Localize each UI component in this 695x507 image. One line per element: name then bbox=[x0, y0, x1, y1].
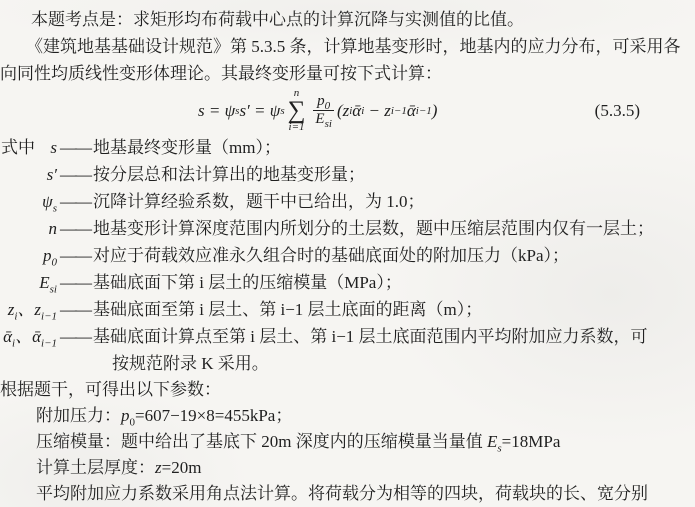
definition-row: zi、zi−1——基础底面至第 i 层土、第 i−1 层土底面的距离（m）； bbox=[0, 296, 687, 323]
definition-row: p0——对应于荷载效应准永久组合时的基础底面处的附加压力（kPa）； bbox=[0, 242, 687, 269]
definition-dash: —— bbox=[57, 188, 93, 215]
settlement-formula: s = ψss′ = ψsn∑i=1p0Esi(ziᾱi − zi−1ᾱi−1) bbox=[198, 88, 437, 133]
definition-dash: —— bbox=[57, 269, 93, 296]
definition-row: ψs——沉降计算经验系数，题干中已给出，为 1.0； bbox=[0, 188, 687, 215]
definition-symbol: ψs bbox=[0, 188, 57, 215]
definition-dash: —— bbox=[57, 242, 93, 269]
definition-row: s′——按分层总和法计算出的地基变形量； bbox=[0, 161, 687, 188]
definition-text: 地基变形计算深度范围内所划分的土层数，题中压缩层范围内仅有一层土； bbox=[93, 215, 687, 242]
code-reference-paragraph: 《建筑地基基础设计规范》第 5.3.5 条，计算地基变形时，地基内的应力分布，可… bbox=[0, 33, 687, 87]
parameter-lines: 附加压力：p0=607−19×8=455kPa；压缩模量：题中给出了基底下 20… bbox=[0, 403, 687, 507]
definition-dash: —— bbox=[57, 134, 93, 161]
parameters-intro: 根据题干，可得出以下参数： bbox=[0, 377, 687, 403]
formula-row: s = ψss′ = ψsn∑i=1p0Esi(ziᾱi − zi−1ᾱi−1)… bbox=[0, 87, 687, 134]
definition-symbol: ᾱi、ᾱi−1 bbox=[0, 323, 57, 377]
definition-text: 对应于荷载效应准永久组合时的基础底面处的附加压力（kPa）； bbox=[93, 242, 687, 269]
definition-symbol: n bbox=[0, 215, 57, 242]
topic-paragraph: 本题考点是：求矩形均布荷载中心点的计算沉降与实测值的比值。 bbox=[0, 6, 687, 33]
fraction: p0Esi bbox=[313, 93, 334, 128]
definitions-intro-label: 式中 bbox=[1, 134, 35, 161]
definition-dash: —— bbox=[57, 161, 93, 188]
parameter-line: 计算土层厚度：z=20m bbox=[36, 455, 687, 481]
definition-dash: —— bbox=[57, 296, 93, 323]
definition-text: 基础底面至第 i 层土、第 i−1 层土底面的距离（m）； bbox=[93, 296, 687, 323]
definition-dash: —— bbox=[57, 215, 93, 242]
definition-text: 基础底面计算点至第 i 层土、第 i−1 层土底面范围内平均附加应力系数，可按规… bbox=[93, 323, 687, 377]
definition-text: 沉降计算经验系数，题干中已给出，为 1.0； bbox=[93, 188, 687, 215]
summation-symbol: n∑i=1 bbox=[288, 88, 306, 133]
equation-number: (5.3.5) bbox=[595, 101, 640, 121]
parameter-line: 压缩模量：题中给出了基底下 20m 深度内的压缩模量当量值 Es=18MPa bbox=[36, 429, 687, 455]
definition-row: n——地基变形计算深度范围内所划分的土层数，题中压缩层范围内仅有一层土； bbox=[0, 215, 687, 242]
definition-text: 基础底面下第 i 层土的压缩模量（MPa）； bbox=[93, 269, 687, 296]
definition-dash: —— bbox=[57, 323, 93, 377]
definition-symbol: s′ bbox=[0, 161, 57, 188]
definition-symbol: Esi bbox=[0, 269, 57, 296]
definition-symbol: p0 bbox=[0, 242, 57, 269]
symbol-definitions-list: 式中s——地基最终变形量（mm）；s′——按分层总和法计算出的地基变形量；ψs—… bbox=[0, 134, 687, 377]
definition-row: Esi——基础底面下第 i 层土的压缩模量（MPa）； bbox=[0, 269, 687, 296]
document-page: 本题考点是：求矩形均布荷载中心点的计算沉降与实测值的比值。 《建筑地基基础设计规… bbox=[0, 0, 695, 507]
definition-text: 按分层总和法计算出的地基变形量； bbox=[93, 161, 687, 188]
parameters-section: 根据题干，可得出以下参数： 附加压力：p0=607−19×8=455kPa；压缩… bbox=[0, 377, 687, 507]
parameter-line: 平均附加应力系数采用角点法计算。将荷载分为相等的四块，荷载块的长、宽分别 bbox=[36, 481, 687, 507]
definition-symbol: zi、zi−1 bbox=[0, 296, 57, 323]
definition-text-continuation: 按规范附录 K 采用。 bbox=[112, 350, 687, 377]
definition-row: ᾱi、ᾱi−1——基础底面计算点至第 i 层土、第 i−1 层土底面范围内平均附… bbox=[0, 323, 687, 377]
definition-text: 地基最终变形量（mm）； bbox=[93, 134, 687, 161]
parameter-line: 附加压力：p0=607−19×8=455kPa； bbox=[36, 403, 687, 429]
definition-row: 式中s——地基最终变形量（mm）； bbox=[0, 134, 687, 161]
